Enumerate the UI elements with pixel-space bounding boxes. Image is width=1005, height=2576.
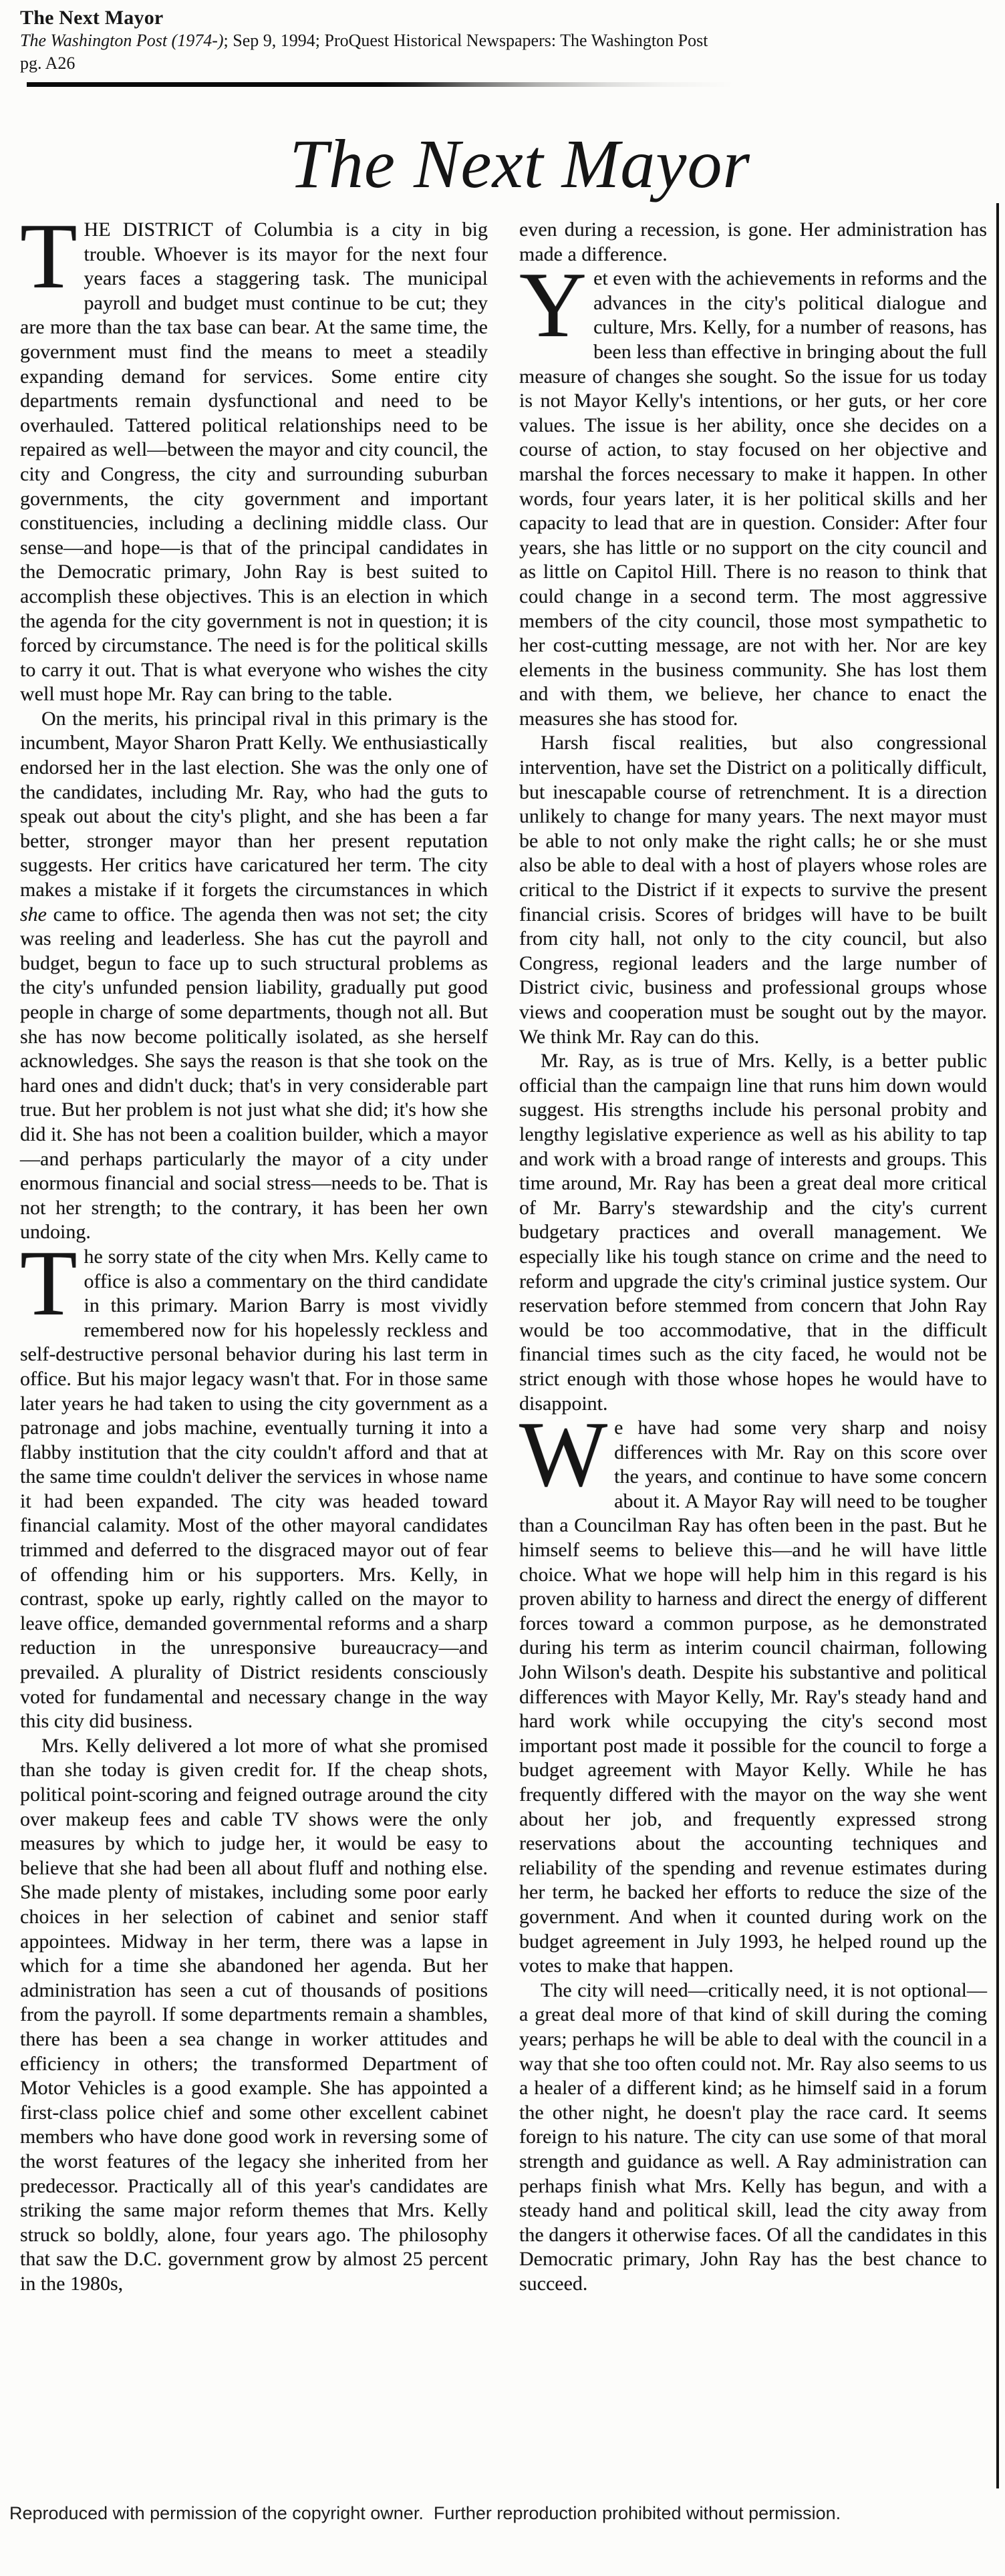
article-paragraph: Mrs. Kelly delivered a lot more of what … — [20, 1734, 488, 2297]
paragraph-text: came to office. The agenda then was not … — [20, 903, 488, 1244]
paragraph-text: Mrs. Kelly delivered a lot more of what … — [20, 1735, 488, 2295]
citation-publication: The Washington Post (1974-) — [20, 31, 224, 50]
citation-line: The Washington Post (1974-); Sep 9, 1994… — [20, 31, 708, 51]
drop-cap: Y — [519, 270, 587, 340]
article-column-left: THE DISTRICT of Columbia is a city in bi… — [20, 218, 488, 2296]
paragraph-text: he sorry state of the city when Mrs. Kel… — [20, 1246, 488, 1732]
paragraph-text: of Columbia is a city in big trouble. Wh… — [20, 219, 488, 705]
article-paragraph: The city will need—critically need, it i… — [519, 1979, 987, 2297]
paragraph-text: even during a recession, is gone. Her ad… — [519, 219, 987, 265]
article-paragraph: even during a recession, is gone. Her ad… — [519, 218, 987, 267]
paragraph-text: she — [20, 903, 47, 925]
paragraph-text: et even with the achievements in reforms… — [519, 267, 987, 730]
paragraph-text: The city will need—critically need, it i… — [519, 1979, 987, 2295]
article-column-right: even during a recession, is gone. Her ad… — [519, 218, 987, 2296]
citation-page-number: pg. A26 — [20, 53, 75, 74]
drop-cap: W — [519, 1419, 607, 1489]
scanned-newspaper-page: The Next Mayor The Washington Post (1974… — [0, 0, 1005, 2576]
article-paragraph: On the merits, his principal rival in th… — [20, 707, 488, 1245]
paragraph-text: HE DISTRICT — [84, 219, 213, 241]
right-edge-scan-rule — [996, 203, 999, 2488]
paragraph-text: Harsh fiscal realities, but also congres… — [519, 732, 987, 1047]
citation-rest: ; Sep 9, 1994; ProQuest Historical Newsp… — [224, 31, 708, 50]
paragraph-text: Mr. Ray, as is true of Mrs. Kelly, is a … — [519, 1050, 987, 1414]
copyright-notice: Reproduced with permission of the copyri… — [9, 2503, 841, 2524]
drop-cap: T — [20, 221, 78, 291]
article-paragraph: THE DISTRICT of Columbia is a city in bi… — [20, 218, 488, 707]
article-headline: The Next Mayor — [17, 124, 1005, 204]
article-paragraph: The sorry state of the city when Mrs. Ke… — [20, 1245, 488, 1734]
article-body: THE DISTRICT of Columbia is a city in bi… — [20, 218, 987, 2296]
article-paragraph: Yet even with the achievements in reform… — [519, 267, 987, 731]
citation-title: The Next Mayor — [20, 7, 163, 29]
drop-cap: T — [20, 1248, 78, 1318]
article-paragraph: We have had some very sharp and noisy di… — [519, 1416, 987, 1979]
paragraph-text: On the merits, his principal rival in th… — [20, 708, 488, 901]
article-paragraph: Mr. Ray, as is true of Mrs. Kelly, is a … — [519, 1049, 987, 1416]
header-rule — [27, 82, 735, 87]
article-paragraph: Harsh fiscal realities, but also congres… — [519, 731, 987, 1049]
